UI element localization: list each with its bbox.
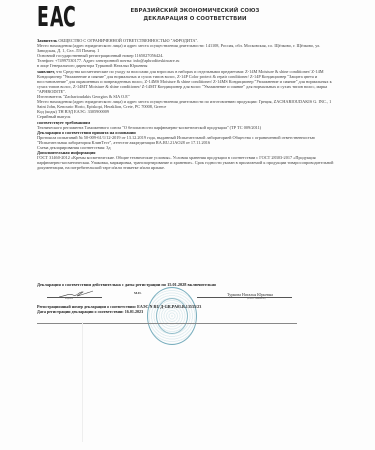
official-stamp-icon bbox=[147, 287, 197, 345]
eac-logo: E A C bbox=[37, 4, 69, 30]
declaration-products-line: заявляет, что Средства косметические по … bbox=[37, 69, 337, 94]
eac-letter-c: C bbox=[63, 4, 70, 30]
union-name: ЕВРАЗИЙСКИЙ ЭКОНОМИЧЕСКИЙ СОЮЗ bbox=[110, 7, 280, 15]
signer-name: Туркова Наталья Юрьевна bbox=[227, 292, 273, 297]
manufacturer-address: Место нахождения (адрес юридического лиц… bbox=[37, 99, 337, 109]
registration-block: Регистрационный номер декларации о соотв… bbox=[37, 304, 337, 314]
registration-date-line: Дата регистрации декларации о соответств… bbox=[37, 309, 337, 314]
declaration-page: E A C ЕВРАЗИЙСКИЙ ЭКОНОМИЧЕСКИЙ СОЮЗ ДЕК… bbox=[0, 0, 375, 450]
bottom-divider bbox=[37, 323, 297, 324]
registration-number: ЕАЭС N RU Д-GR.PA01.В.13535/23 bbox=[137, 304, 201, 309]
stamp-placeholder-label: М.П. bbox=[134, 291, 142, 295]
products-text: что Средства косметические по уходу за в… bbox=[37, 69, 332, 94]
page-fold-line bbox=[82, 322, 83, 442]
registration-date-label: Дата регистрации декларации о соответств… bbox=[37, 309, 124, 314]
registration-date: 16.01.2023 bbox=[125, 309, 143, 314]
document-title: ДЕКЛАРАЦИЯ О СООТВЕТСТВИИ bbox=[110, 15, 280, 23]
document-header: ЕВРАЗИЙСКИЙ ЭКОНОМИЧЕСКИЙ СОЮЗ ДЕКЛАРАЦИ… bbox=[110, 7, 280, 23]
eac-letter-a: A bbox=[50, 4, 57, 30]
signature-caption: подпись bbox=[65, 298, 73, 300]
declaration-body: Заявитель ОБЩЕСТВО С ОГРАНИЧЕННОЙ ОТВЕТС… bbox=[37, 38, 337, 170]
eac-letter-e: E bbox=[37, 4, 44, 30]
validity-statement: Декларация о соответствии действительна … bbox=[37, 282, 337, 287]
signature-line-left bbox=[47, 297, 102, 298]
basis-protocol: Протокола испытаний № 50-009-61/1/12-201… bbox=[37, 135, 337, 145]
signer-caption: (Ф.И.О. заявителя) bbox=[247, 298, 265, 300]
signature-line-right bbox=[197, 297, 292, 298]
applicant-address: Место нахождения (адрес юридического лиц… bbox=[37, 43, 337, 53]
additional-info-text: ГОСТ 31460-2012 «Кремы косметические. Об… bbox=[37, 155, 337, 170]
